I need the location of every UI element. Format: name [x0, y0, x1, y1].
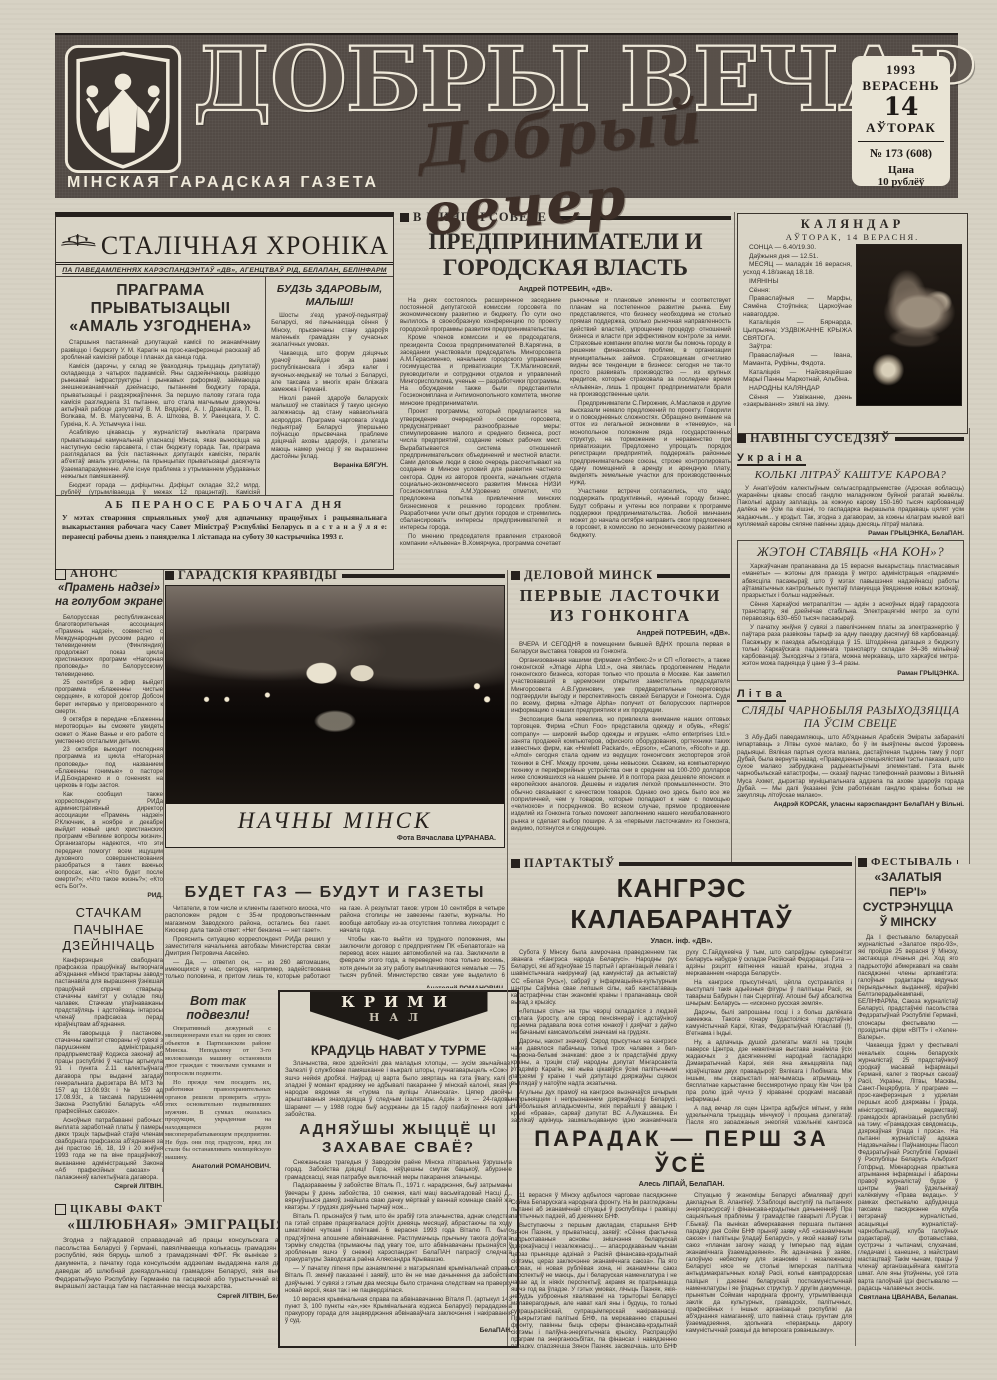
article-headline: СТАЧКАМ ПАЧЫНАЕ ДЗЕЙНІЧАЦЬ: [55, 905, 163, 954]
street-lamps-icon: [60, 219, 97, 261]
column-divider: [855, 856, 856, 1346]
article-headline: «ЗАЛАТЫЯ ПЕР'І» СУСТРЭНУЦЦА Ў МІНСКУ: [858, 870, 958, 930]
article-zheton: ЖЭТОН СТАВЯЦЬ «НА КОН»? Харкаўчанам прап…: [737, 540, 964, 680]
kicker-label: НАВІНЫ СУСЕДЗЯЎ: [750, 431, 891, 446]
article-kangres-kalabarantau: ПАРТАКТЫЎ КАНГРЭС КАЛАБАРАНТАЎ Уласн. ін…: [511, 856, 852, 1124]
article-body: Субота ў Мінску была азмрочана праведзен…: [511, 949, 852, 1124]
article-body: На днях состоялось расширенное заседание…: [400, 297, 731, 553]
article-signature: Анатолий РОМАНОВИЧ.: [165, 1163, 271, 1170]
stalichnaya-sources-line: ПА ПАВЕДАМЛЕННЯХ КАРЭСПАНДЭНТАЎ «ДВ», АГ…: [56, 265, 393, 277]
article-signature: Раман ГРЫЦЭНКА, БелаПАН.: [737, 530, 964, 537]
article-body: Злачынства, якое здзейснілі два маладыя …: [285, 1060, 512, 1118]
photo-caption-row: НАЧНЫ МІНСК Фота Вячаслава ЦУРАНАВА.: [166, 804, 504, 847]
squirrel-photo: [856, 244, 962, 406]
kicker-rule: [957, 860, 958, 864]
kicker-tsikavy-fakt: ЦІКАВЫ ФАКТ: [55, 1203, 163, 1215]
article-headline: КАНГРЭС КАЛАБАРАНТАЎ: [511, 873, 852, 935]
kriminal-logo: КРИМИ НАЛ: [310, 992, 488, 1040]
kicker-label: ЦІКАВЫ ФАКТ: [70, 1203, 163, 1215]
article-signature: Раман ГРЫЦЭНКА.: [742, 670, 959, 677]
article-byline: Андрей ПОТРЕБИН, «ДВ».: [400, 284, 731, 293]
column-divider: [734, 212, 735, 426]
article-signature: РИД.: [55, 892, 163, 899]
section-stalichnaya-khronika: СТАЛІЧНАЯ ХРОНІКА ПА ПАВЕДАМЛЕННЯХ КАРЭС…: [55, 212, 394, 570]
photo-credit: Фота Вячаслава ЦУРАНАВА.: [174, 835, 496, 842]
article-signature: Сяргей ЛІТВІН, БелаПАН.: [55, 1293, 300, 1300]
article-body: Снежаньская трагедыя ў Заводскім раёне М…: [285, 1159, 512, 1325]
article-headline: ПРАГРАМА ПРЫВАТЫЗАЦЫІ «АМАЛЬ УЗГОДНЕНА»: [61, 282, 260, 335]
kicker-krayavidy: ГАРАДСКІЯ КРАЯВІДЫ: [165, 568, 505, 583]
article-body: ВЧЕРА И СЕГОДНЯ в помещении бывшей ВДНХ …: [511, 641, 730, 858]
article-signature: Сяргей ЛІТВІН.: [55, 1183, 163, 1190]
kicker-rule: [342, 574, 505, 578]
article-body: У Анап'еўскім калектыўным сельгаспрадпры…: [737, 485, 964, 529]
section-marker-icon: [511, 571, 520, 580]
article-signature: Святлана ЦВАНАВА, Белапан.: [858, 1294, 958, 1301]
calendar-title: КАЛЯНДАР: [743, 217, 962, 232]
column-divider: [507, 570, 508, 1346]
article-vot-tak-podvezli: Вот так подвезли! Оперативный дежурный с…: [165, 994, 271, 1194]
kicker-partaktyu: ПАРТАКТЫЎ: [511, 856, 852, 871]
article-byline: Алесь ЛІПАЙ, БелаПАН.: [511, 1179, 852, 1188]
article-headline: КРАДУЦЬ НАВАТ У ТУРМЕ: [285, 1043, 512, 1058]
article-body: Харкаўчанам прапанавана да 15 верасня вы…: [742, 563, 959, 668]
kicker-label: ПАРТАКТЫЎ: [524, 856, 615, 871]
article-zalatyya-peri: ФЕСТЫВАЛЬ «ЗАЛАТЫЯ ПЕР'І» СУСТРЭНУЦЦА Ў …: [858, 856, 958, 1348]
article-budz-zdarovym: БУДЗЬ ЗДАРОВЫМ, МАЛЫШ! Шосты з'езд урачо…: [266, 277, 393, 495]
section-krayavidy: ГАРАДСКІЯ КРАЯВІДЫ НАЧНЫ МІНСК Фота Вяча…: [165, 568, 505, 848]
article-body: Оперативный дежурный с милиционерами еха…: [165, 1025, 271, 1161]
section-marker-icon: [858, 858, 867, 867]
section-naviny-susedziau: НАВІНЫ СУСЕДЗЯЎ Украіна КОЛЬКІ ЛІТРАЎ КА…: [731, 428, 970, 864]
article-signature: Вераніка БЯГУН.: [271, 462, 388, 469]
article-headline: «ШЛЮБНАЯ» ЭМІГРАЦЫЯ: [55, 1217, 300, 1234]
left-rail: АНОНС «Прамень надзеі» на голубом экране…: [55, 568, 163, 1222]
article-predprinimateli: В МИНГОРСОВЕТЕ ПРЕДПРИНИМАТЕЛИ И ГОРОДСК…: [400, 210, 731, 566]
article-body: Белорусская республиканская благотворите…: [55, 614, 163, 891]
section-marker-icon: [400, 213, 409, 222]
open-square-icon: [55, 569, 66, 580]
article-signature: БелаПАН.: [285, 1327, 512, 1334]
column-divider: [163, 570, 164, 1202]
calendar-box: КАЛЯНДАР АЎТОРАК, 14 ВЕРАСНЯ. СОНЦА — 6.…: [737, 213, 968, 434]
article-body: Читатели, в том числе и клиенты газетног…: [165, 905, 505, 983]
article-headline: ЖЭТОН СТАВЯЦЬ «НА КОН»?: [742, 545, 959, 560]
kicker-label: ГАРАДСКІЯ КРАЯВІДЫ: [178, 568, 338, 583]
article-body: Згодна з паўгадавой справаздачай аб прац…: [55, 1237, 300, 1291]
article-headline: АДНЯЎШЫ ЖЫЦЦЁ ЦІ ЗАХАВАЕ СВАЁ?: [285, 1121, 512, 1157]
newspaper-page: ДОБРЫ ВЕЧАР МІНСКАЯ ГАРАДСКАЯ ГАЗЕТА 199…: [0, 0, 997, 1380]
article-signature: Андрэй КОРСАК, уласны карэспандэнт БелаП…: [737, 801, 964, 808]
article-lastochki-iz-gonkonga: ДЕЛОВОЙ МИНСК ПЕРВЫЕ ЛАСТОЧКИ ИЗ ГОНКОНГ…: [511, 568, 730, 858]
section-marker-icon: [737, 434, 746, 443]
article-body: З Абу-Дабі паведамляюць, што Аб'яднаныя …: [737, 734, 964, 799]
article-body: У мэтах стварэння спрыяльных умоў для ад…: [62, 513, 387, 541]
newspaper-subtitle: МІНСКАЯ ГАРАДСКАЯ ГАЗЕТА: [67, 174, 379, 192]
article-byline: Уласн. інф. «ДВ».: [511, 936, 852, 945]
night-minsk-photo-frame: НАЧНЫ МІНСК Фота Вячаслава ЦУРАНАВА.: [165, 585, 505, 848]
photo-caption: НАЧНЫ МІНСК: [174, 808, 496, 834]
minsk-coat-of-arms-icon: [64, 44, 182, 174]
open-square-icon: [55, 1204, 66, 1215]
country-label-lithuania: Літва: [737, 688, 786, 702]
stalichnaya-title: СТАЛІЧНАЯ ХРОНІКА: [101, 231, 389, 261]
night-minsk-photo: [166, 586, 504, 804]
article-body: Шосты з'езд урачоў-педыятраў Беларусі, я…: [271, 312, 388, 460]
article-headline: БУДЗЬ ЗДАРОВЫМ, МАЛЫШ!: [271, 283, 388, 308]
article-headline: «Прамень надзеі» на голубом экране: [55, 582, 163, 610]
kicker-anons: АНОНС: [55, 568, 163, 580]
stalichnaya-header: СТАЛІЧНАЯ ХРОНІКА: [56, 217, 393, 265]
article-signature: Анатолий РОМАНОВИЧ.: [165, 985, 505, 988]
article-paradak: ПАРАДАК — ПЕРШ ЗА ЎСЁ Алесь ЛІПАЙ, БелаП…: [511, 1126, 852, 1348]
kicker-label: ФЕСТЫВАЛЬ: [871, 856, 953, 868]
article-pryvatyzatsyi: ПРАГРАМА ПРЫВАТЫЗАЦЫІ «АМАЛЬ УЗГОДНЕНА» …: [56, 277, 266, 495]
article-body: Старшыня пастаяннай дэпутацкай камісіі п…: [61, 339, 260, 495]
article-budet-gaz: БУДЕТ ГАЗ — БУДУТ И ГАЗЕТЫ Читатели, в т…: [165, 884, 505, 988]
kriminal-logo-top: КРИМИ: [310, 992, 488, 1011]
section-marker-icon: [511, 859, 520, 868]
kicker-rule: [619, 862, 852, 866]
article-headline: ПЕРВЫЕ ЛАСТОЧКИ ИЗ ГОНКОНГА: [511, 586, 730, 626]
article-shlyubnaya-emihratsyya: ЦІКАВЫ ФАКТ «ШЛЮБНАЯ» ЭМІГРАЦЫЯ Згодна з…: [55, 1203, 300, 1300]
kriminal-logo-bottom: НАЛ: [310, 1011, 488, 1024]
kicker-naviny: НАВІНЫ СУСЕДЗЯЎ: [737, 431, 964, 446]
kicker-rule: [657, 574, 730, 578]
kicker-festyval: ФЕСТЫВАЛЬ: [858, 856, 958, 868]
kicker-delovoy-minsk: ДЕЛОВОЙ МИНСК: [511, 568, 730, 583]
article-body: 11 верасня ў Мінску адбылося чарговае па…: [511, 1192, 852, 1348]
country-label-ukraine: Украіна: [737, 452, 806, 466]
article-perenos-rabochaga-dnya: АБ ПЕРАНОСЕ РАБОЧАГА ДНЯ У мэтах стварэн…: [56, 495, 393, 543]
article-headline: БУДЕТ ГАЗ — БУДУТ И ГАЗЕТЫ: [165, 884, 505, 902]
section-kriminal: КРИМИ НАЛ КРАДУЦЬ НАВАТ У ТУРМЕ Злачынст…: [278, 990, 519, 1348]
article-headline: ПАРАДАК — ПЕРШ ЗА ЎСЁ: [511, 1126, 852, 1178]
kicker-label: АНОНС: [70, 568, 118, 580]
section-marker-icon: [165, 571, 174, 580]
article-headline: СЛЯДЫ ЧАРНОБЫЛЯ РАЗЫХОДЗЯЦЦА ПА ЎСІМ СВЕ…: [737, 705, 964, 731]
kicker-rule: [895, 437, 964, 441]
article-body: Да І фестывалю беларускай журналістыкі «…: [858, 934, 958, 1292]
article-headline: АБ ПЕРАНОСЕ РАБОЧАГА ДНЯ: [62, 499, 387, 511]
article-byline: Андрей ПОТРЕБИН, «ДВ».: [511, 628, 730, 637]
calendar-date: АЎТОРАК, 14 ВЕРАСНЯ.: [743, 232, 962, 242]
article-headline: КОЛЬКІ ЛІТРАЎ КАШТУЕ КАРОВА?: [737, 469, 964, 482]
article-body: Канферэнцыя свабоднага прафсаюза працоўн…: [55, 957, 163, 1181]
kicker-label: ДЕЛОВОЙ МИНСК: [524, 568, 653, 583]
article-headline: Вот так подвезли!: [165, 994, 271, 1022]
